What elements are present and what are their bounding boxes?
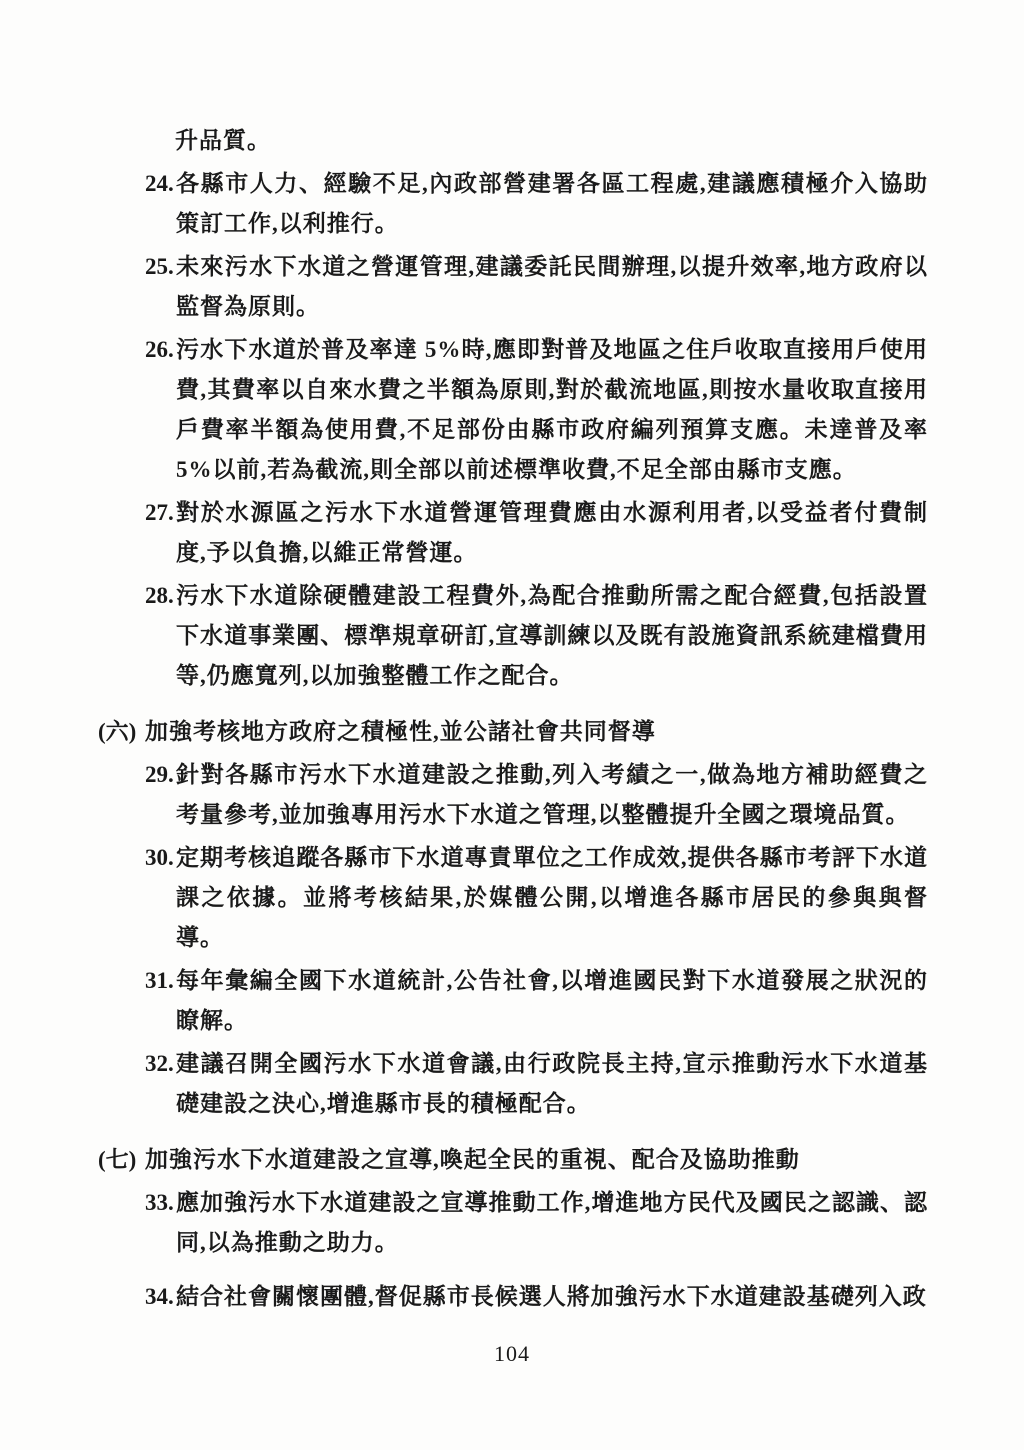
item-text: 定期考核追蹤各縣市下水道專責單位之工作成效,提供各縣市考評下水道課之依據。並將考… — [176, 838, 928, 958]
item-text: 結合社會關懷團體,督促縣市長候選人將加強污水下水道建設基礎列入政 — [176, 1277, 928, 1317]
list-item-33: 33. 應加強污水下水道建設之宣導推動工作,增進地方民代及國民之認識、認同,以為… — [145, 1183, 928, 1263]
item-number: 29. — [145, 755, 176, 835]
list-item-29: 29. 針對各縣市污水下水道建設之推動,列入考績之一,做為地方補助經費之考量參考… — [145, 755, 928, 835]
item-text: 每年彙編全國下水道統計,公告社會,以增進國民對下水道發展之狀況的瞭解。 — [176, 961, 928, 1041]
list-item-25: 25. 未來污水下水道之營運管理,建議委託民間辦理,以提升效率,地方政府以監督為… — [145, 247, 928, 327]
item-text: 對於水源區之污水下水道營運管理費應由水源利用者,以受益者付費制度,予以負擔,以維… — [176, 493, 928, 573]
item-number: 27. — [145, 493, 176, 573]
item-number: 25. — [145, 247, 176, 327]
section-text: 加強污水下水道建設之宣導,喚起全民的重視、配合及協助推動 — [145, 1140, 928, 1180]
section-heading-6: (六) 加強考核地方政府之積極性,並公諸社會共同督導 — [98, 712, 928, 752]
section-marker: (六) — [98, 712, 145, 752]
item-number: 31. — [145, 961, 176, 1041]
page-number: 104 — [0, 1341, 1024, 1367]
list-item-26: 26. 污水下水道於普及率達 5%時,應即對普及地區之住戶收取直接用戶使用費,其… — [145, 330, 928, 490]
item-text: 針對各縣市污水下水道建設之推動,列入考績之一,做為地方補助經費之考量參考,並加強… — [176, 755, 928, 835]
item-text: 未來污水下水道之營運管理,建議委託民間辦理,以提升效率,地方政府以監督為原則。 — [176, 247, 928, 327]
section-heading-7: (七) 加強污水下水道建設之宣導,喚起全民的重視、配合及協助推動 — [98, 1140, 928, 1180]
item-text: 應加強污水下水道建設之宣導推動工作,增進地方民代及國民之認識、認同,以為推動之助… — [176, 1183, 928, 1263]
item-number: 28. — [145, 576, 176, 696]
list-item-31: 31. 每年彙編全國下水道統計,公告社會,以增進國民對下水道發展之狀況的瞭解。 — [145, 961, 928, 1041]
item-number: 24. — [145, 164, 176, 244]
document-page: 升品質。 24. 各縣市人力、經驗不足,內政部營建署各區工程處,建議應積極介入協… — [0, 0, 1024, 1450]
item-number: 32. — [145, 1044, 176, 1124]
item-number: 33. — [145, 1183, 176, 1263]
item-text: 各縣市人力、經驗不足,內政部營建署各區工程處,建議應積極介入協助策訂工作,以利推… — [176, 164, 928, 244]
list-item-24: 24. 各縣市人力、經驗不足,內政部營建署各區工程處,建議應積極介入協助策訂工作… — [145, 164, 928, 244]
list-item-32: 32. 建議召開全國污水下水道會議,由行政院長主持,宣示推動污水下水道基礎建設之… — [145, 1044, 928, 1124]
item-number: 30. — [145, 838, 176, 958]
paragraph-continuation-item-23: 升品質。 — [175, 121, 928, 161]
section-marker: (七) — [98, 1140, 145, 1180]
list-item-28: 28. 污水下水道除硬體建設工程費外,為配合推動所需之配合經費,包括設置下水道事… — [145, 576, 928, 696]
item-text: 污水下水道除硬體建設工程費外,為配合推動所需之配合經費,包括設置下水道事業團、標… — [176, 576, 928, 696]
item-number: 26. — [145, 330, 176, 490]
item-text: 建議召開全國污水下水道會議,由行政院長主持,宣示推動污水下水道基礎建設之決心,增… — [176, 1044, 928, 1124]
item-number: 34. — [145, 1277, 176, 1317]
item-text: 污水下水道於普及率達 5%時,應即對普及地區之住戶收取直接用戶使用費,其費率以自… — [176, 330, 928, 490]
section-text: 加強考核地方政府之積極性,並公諸社會共同督導 — [145, 712, 928, 752]
list-item-30: 30. 定期考核追蹤各縣市下水道專責單位之工作成效,提供各縣市考評下水道課之依據… — [145, 838, 928, 958]
list-item-34: 34. 結合社會關懷團體,督促縣市長候選人將加強污水下水道建設基礎列入政 — [145, 1277, 928, 1317]
list-item-27: 27. 對於水源區之污水下水道營運管理費應由水源利用者,以受益者付費制度,予以負… — [145, 493, 928, 573]
page-content: 升品質。 24. 各縣市人力、經驗不足,內政部營建署各區工程處,建議應積極介入協… — [98, 121, 928, 1317]
